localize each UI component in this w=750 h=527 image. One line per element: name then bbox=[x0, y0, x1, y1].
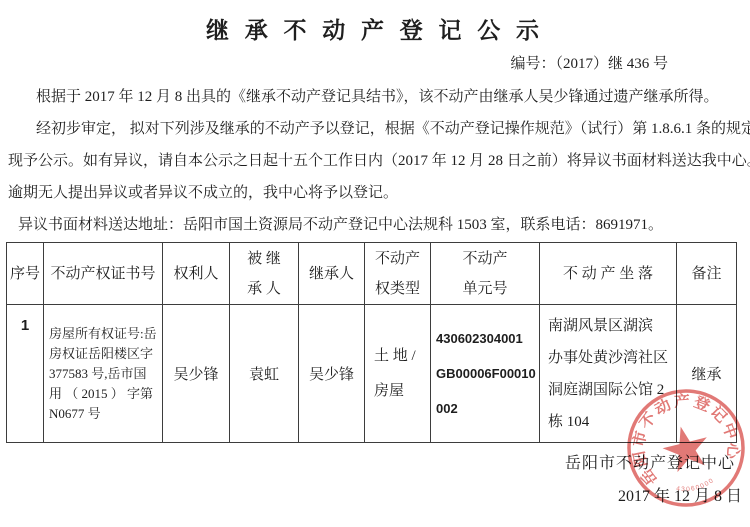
announcement-document: 继 承 不 动 产 登 记 公 示 编号：（2017）继 436 号 根据于 2… bbox=[0, 0, 750, 527]
page-title: 继 承 不 动 产 登 记 公 示 bbox=[0, 12, 750, 45]
cell-right-holder: 吴少锋 bbox=[163, 305, 230, 443]
header-right-type: 不动产 权类型 bbox=[365, 243, 431, 305]
cell-location: 南湖风景区湖滨 办事处黄沙湾社区 洞庭湖国际公馆 2 栋 104 bbox=[540, 305, 677, 443]
header-cert-no: 不动产权证书号 bbox=[44, 243, 163, 305]
cell-right-type: 土 地 / 房屋 bbox=[365, 305, 431, 443]
cell-unit-no: 430602304001 GB00006F00010 002 bbox=[431, 305, 540, 443]
cell-cert-no: 房屋所有权证号:岳 房权证岳阳楼区字 377583 号,岳市国 用 （ 2015… bbox=[44, 305, 163, 443]
table-row: 1 房屋所有权证号:岳 房权证岳阳楼区字 377583 号,岳市国 用 （ 20… bbox=[7, 305, 737, 443]
body-line-5: 异议书面材料送达地址：岳阳市国土资源局不动产登记中心法规科 1503 室，联系电… bbox=[8, 209, 742, 241]
header-seq: 序号 bbox=[7, 243, 44, 305]
document-number: 编号：（2017）继 436 号 bbox=[510, 52, 668, 73]
header-note: 备注 bbox=[677, 243, 737, 305]
header-heir: 继承人 bbox=[299, 243, 365, 305]
body-line-2: 经初步审定， 拟对下列涉及继承的不动产予以登记，根据《不动产登记操作规范》（试行… bbox=[8, 113, 742, 145]
cell-note: 继承 bbox=[677, 305, 737, 443]
body-line-1: 根据于 2017 年 12 月 8 出具的《继承不动产登记具结书》，该不动产由继… bbox=[8, 81, 742, 113]
cell-heir: 吴少锋 bbox=[299, 305, 365, 443]
header-right-holder: 权利人 bbox=[163, 243, 230, 305]
signature-date: 2017 年 12 月 8 日 bbox=[618, 483, 742, 506]
body-line-4: 逾期无人提出异议或者异议不成立的，我中心将予以登记。 bbox=[8, 177, 742, 209]
header-unit-no: 不动产 单元号 bbox=[431, 243, 540, 305]
body-line-3: 现予公示。如有异议，请自本公示之日起十五个工作日内（2017 年 12 月 28… bbox=[8, 145, 742, 177]
body-text: 根据于 2017 年 12 月 8 出具的《继承不动产登记具结书》，该不动产由继… bbox=[8, 81, 742, 241]
header-decedent: 被 继 承 人 bbox=[230, 243, 299, 305]
table-header-row: 序号 不动产权证书号 权利人 被 继 承 人 继承人 不动产 权类型 不动产 单… bbox=[7, 243, 737, 305]
signature-organization: 岳阳市不动产登记中心 bbox=[565, 450, 735, 473]
registration-table: 序号 不动产权证书号 权利人 被 继 承 人 继承人 不动产 权类型 不动产 单… bbox=[6, 242, 737, 443]
cell-seq: 1 bbox=[7, 305, 44, 443]
cell-decedent: 袁虹 bbox=[230, 305, 299, 443]
header-location: 不 动 产 坐 落 bbox=[540, 243, 677, 305]
